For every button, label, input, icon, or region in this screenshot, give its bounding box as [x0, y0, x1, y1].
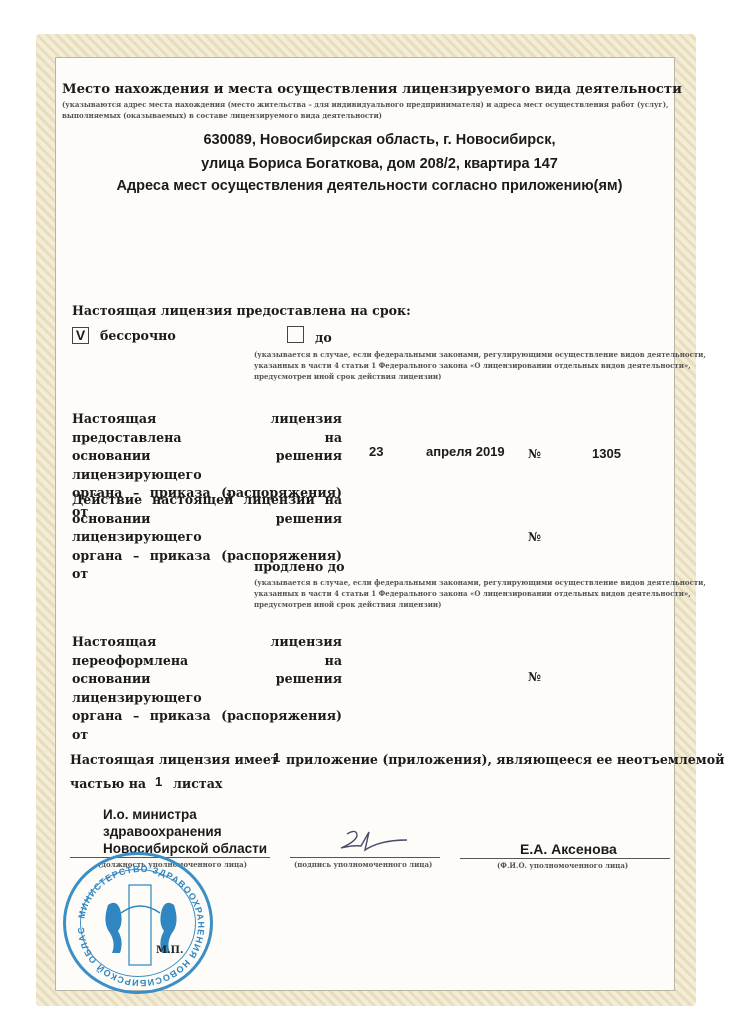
address-line-2: улица Бориса Богаткова, дом 208/2, кварт…	[0, 156, 729, 172]
reissued-label: Настоящая лицензия переоформлена на осно…	[72, 633, 342, 744]
signatory-position: И.о. министра здравоохранения Новосибирс…	[103, 806, 267, 857]
name-caption: (Ф.И.О. уполномоченного лица)	[497, 861, 628, 870]
signature-underline	[290, 857, 440, 858]
appendix-count: 1	[273, 750, 280, 765]
granted-label-1: Настоящая лицензия предоставлена на	[72, 410, 342, 447]
appendix-prefix: Настоящая лицензия имеет	[70, 752, 279, 767]
position-line-2: здравоохранения	[103, 823, 267, 840]
term-hint-2: указанных в части 4 статьи 1 Федеральног…	[254, 360, 691, 371]
reissued-label-2: основании решения лицензирующего	[72, 670, 342, 707]
label-unlimited: бессрочно	[100, 328, 176, 343]
granted-number-sign: №	[528, 447, 541, 461]
appendix-line2-suffix: листах	[173, 776, 222, 791]
extended-until-label: продлено до	[254, 559, 345, 574]
svg-text:МИНИСТЕРСТВО ЗДРАВООХРАНЕНИЯ Н: МИНИСТЕРСТВО ЗДРАВООХРАНЕНИЯ НОВОСИБИРСК…	[66, 855, 206, 988]
signatory-name: Е.А. Аксенова	[520, 841, 617, 857]
granted-day: 23	[369, 444, 383, 459]
checkbox-until[interactable]	[287, 326, 304, 343]
appendix-suffix: приложение (приложения), являющееся ее н…	[286, 752, 724, 767]
location-hint-2: выполняемых (оказываемых) в составе лице…	[62, 110, 382, 121]
label-until: до	[315, 330, 332, 345]
extended-hint-2: указанных в части 4 статьи 1 Федеральног…	[254, 588, 691, 599]
extended-label-2: основании решения лицензирующего	[72, 510, 342, 547]
signature-icon	[335, 828, 415, 856]
address-line-3: Адреса мест осуществления деятельности с…	[0, 178, 729, 194]
extended-label-1: Действие настоящей лицензии на	[72, 491, 342, 510]
svg-text:М.П.: М.П.	[156, 945, 183, 956]
extended-hint-3: предусмотрен иной срок действия лицензии…	[254, 599, 441, 610]
appendix-sheets: 1	[155, 774, 162, 789]
granted-label-2: основании решения лицензирующего	[72, 447, 342, 484]
term-hint-1: (указывается в случае, если федеральными…	[254, 349, 706, 360]
appendix-line2-prefix: частью на	[70, 776, 146, 791]
reissued-number-sign: №	[528, 670, 541, 684]
extended-number-sign: №	[528, 530, 541, 544]
term-hint-3: предусмотрен иной срок действия лицензии…	[254, 371, 441, 382]
extended-hint-1: (указывается в случае, если федеральными…	[254, 577, 706, 588]
granted-month-year: апреля 2019	[426, 444, 505, 459]
official-stamp: МИНИСТЕРСТВО ЗДРАВООХРАНЕНИЯ НОВОСИБИРСК…	[63, 852, 213, 994]
stamp-emblem-icon: МИНИСТЕРСТВО ЗДРАВООХРАНЕНИЯ НОВОСИБИРСК…	[66, 855, 216, 997]
location-hint-1: (указываются адрес места нахождения (мес…	[62, 99, 668, 110]
reissued-label-3: органа – приказа (распоряжения) от	[72, 707, 342, 744]
name-underline	[460, 858, 670, 859]
position-line-1: И.о. министра	[103, 806, 267, 823]
address-line-1: 630089, Новосибирская область, г. Новоси…	[0, 132, 729, 148]
location-heading: Место нахождения и места осуществления л…	[62, 82, 682, 97]
granted-number: 1305	[592, 446, 621, 461]
reissued-label-1: Настоящая лицензия переоформлена на	[72, 633, 342, 670]
checkbox-unlimited[interactable]: V	[72, 327, 89, 344]
signature-caption: (подпись уполномоченного лица)	[294, 860, 432, 869]
term-heading: Настоящая лицензия предоставлена на срок…	[72, 303, 411, 318]
